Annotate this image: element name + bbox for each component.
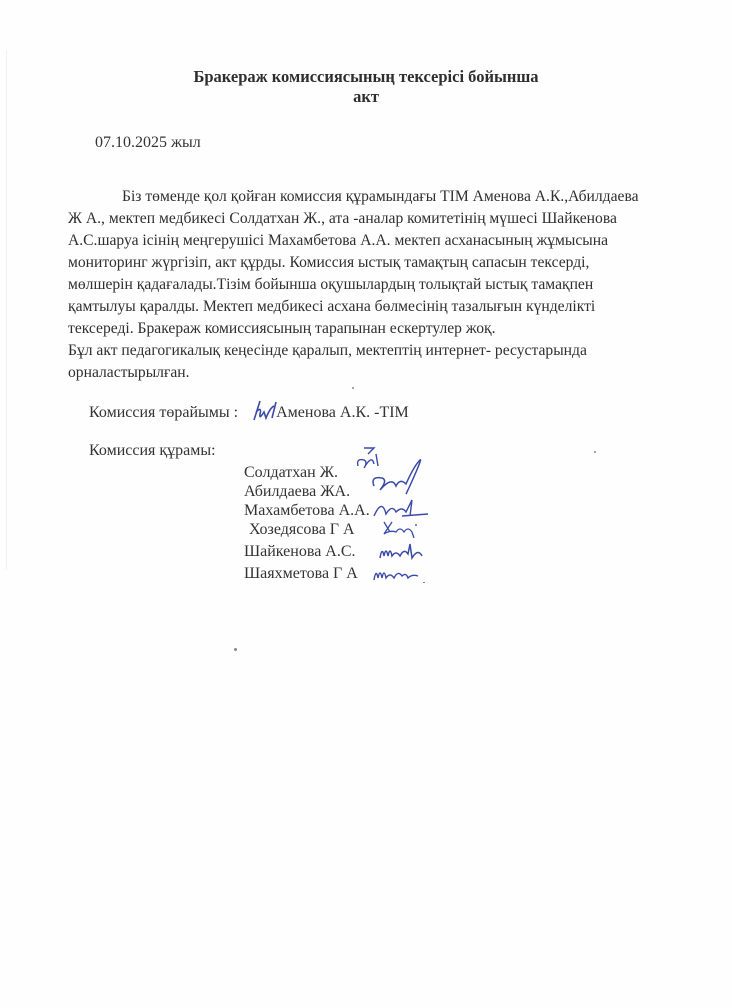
scan-speck <box>234 648 237 651</box>
document-title: Бракераж комиссиясының тексерісі бойынша <box>0 66 732 88</box>
document-date: 07.10.2025 жыл <box>95 134 201 152</box>
member-name: Абилдаева ЖА. <box>244 483 350 501</box>
chair-label: Комиссия төрайымы : <box>89 404 238 421</box>
member-signature-icon <box>372 496 432 520</box>
commission-chair: Комиссия төрайымы : Аменова А.К. -ТІМ <box>89 404 409 422</box>
body-line: мониторинг жүргізіп, акт құрды. Комиссия… <box>68 252 589 274</box>
body-line: Біз төменде қол қойған комиссия құрамынд… <box>122 186 639 208</box>
body-line: қамтылуы қаралды. Мектеп медбикесі асхан… <box>68 296 595 318</box>
scan-edge <box>6 50 7 570</box>
member-name: Хозедясова Г А <box>249 521 355 539</box>
chair-signature-icon <box>250 398 280 424</box>
body-line: А.С.шаруа ісінің меңгерушісі Махамбетова… <box>68 230 608 252</box>
member-name: Шаяхметова Г А <box>244 565 358 583</box>
member-signature-icon <box>380 518 420 542</box>
member-signature-icon <box>378 540 428 564</box>
member-name: Шайкенова А.С. <box>244 543 356 561</box>
commission-members-label: Комиссия құрамы: <box>89 442 216 460</box>
chair-name: Аменова А.К. -ТІМ <box>276 404 409 421</box>
scan-speck <box>594 451 596 453</box>
member-signature-icon <box>370 456 430 496</box>
member-signature-icon <box>372 562 432 586</box>
body-line: орналастырылған. <box>68 362 190 384</box>
body-line: мөлшерін қадағалады.Тізім бойынша оқушыл… <box>68 274 593 296</box>
document-title-act: акт <box>0 86 732 108</box>
body-line: тексереді. Бракераж комиссиясының тарапы… <box>68 318 496 340</box>
scan-speck <box>352 387 354 389</box>
member-name: Солдатхан Ж. <box>244 464 338 482</box>
body-line: Бұл акт педагогикалық кеңесінде қаралып,… <box>68 340 587 362</box>
document-page: Бракераж комиссиясының тексерісі бойынша… <box>0 0 732 1008</box>
body-line: Ж А., мектеп медбикесі Солдатхан Ж., ата… <box>68 208 617 230</box>
member-name: Махамбетова А.А. <box>244 502 370 520</box>
